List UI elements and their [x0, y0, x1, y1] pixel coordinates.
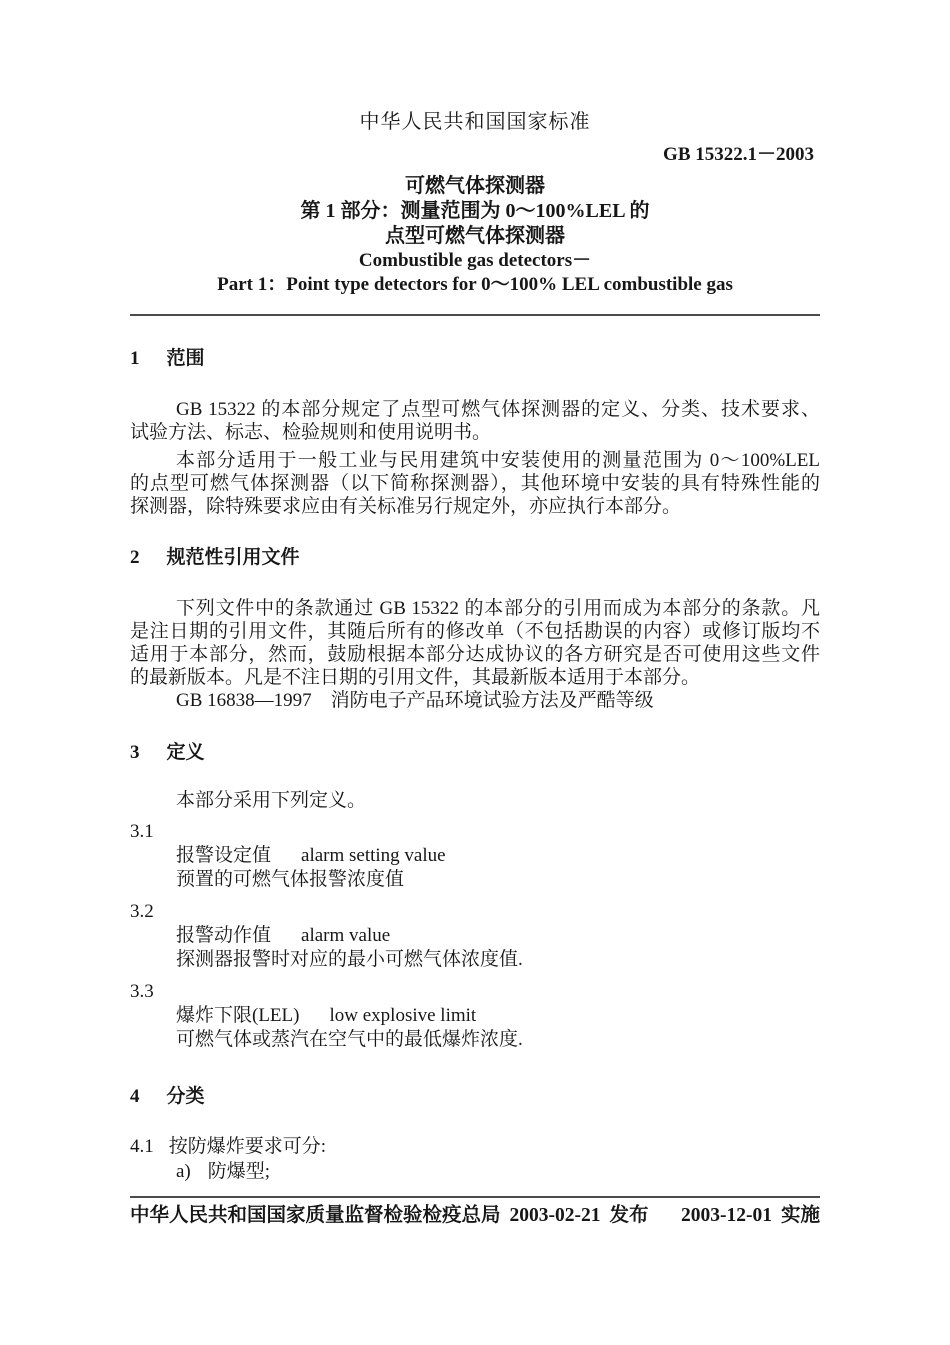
definition-number: 3.1 — [130, 820, 820, 844]
section-number: 4 — [130, 1086, 140, 1108]
term-cn: 爆炸下限(LEL) — [176, 1005, 299, 1026]
reference-entry: GB 16838—1997 消防电子产品环境试验方法及严酷等级 — [130, 689, 820, 712]
term-cn: 报警设定值 — [176, 845, 271, 866]
subsection-text: 按防爆炸要求可分: — [169, 1136, 326, 1157]
title-cn-line-1: 可燃气体探测器 — [130, 174, 820, 199]
footer-divider — [130, 1196, 820, 1198]
body-line: 探测器，除特殊要求应由有关标准另行规定外，亦应执行本部分。 — [130, 495, 820, 518]
definition-text: 探测器报警时对应的最小可燃气体浓度值. — [130, 948, 820, 972]
subsection-number: 4.1 — [130, 1135, 154, 1158]
term-en: alarm setting value — [301, 844, 446, 868]
section-title: 定义 — [167, 742, 205, 763]
list-item-marker: a) — [176, 1160, 191, 1183]
definition-number: 3.2 — [130, 900, 820, 924]
section-4-heading: 4分类 — [130, 1086, 820, 1108]
body-line: 是注日期的引用文件，其随后所有的修改单（不包括勘误的内容）或修订版均不 — [130, 620, 820, 643]
implement-date: 2003-12-01 — [681, 1204, 772, 1228]
footer-issue-group: 中华人民共和国国家质量监督检验检疫总局 2003-02-21 发布 — [130, 1204, 649, 1228]
body-line: 适用于本部分，然而，鼓励根据本部分达成协议的各方研究是否可使用这些文件 — [130, 643, 820, 666]
standard-number: GB 15322.1－2003 — [130, 144, 820, 165]
section-title: 分类 — [167, 1086, 205, 1107]
body-line: GB 15322 的本部分规定了点型可燃气体探测器的定义、分类、技术要求、 — [130, 398, 820, 421]
paragraph: GB 15322 的本部分规定了点型可燃气体探测器的定义、分类、技术要求、 试验… — [130, 398, 820, 444]
term-en: low explosive limit — [329, 1004, 476, 1028]
footer-implement-group: 2003-12-01 实施 — [681, 1204, 820, 1228]
definition-number: 3.3 — [130, 980, 820, 1004]
issue-date: 2003-02-21 — [510, 1204, 601, 1228]
list-item-text: 防爆型; — [208, 1161, 270, 1182]
term-cn: 报警动作值 — [176, 925, 271, 946]
definition-item: 3.3 爆炸下限(LEL)low explosive limit 可燃气体或蒸汽… — [130, 980, 820, 1052]
body-line: 试验方法、标志、检验规则和使用说明书。 — [130, 421, 820, 444]
footer-issuer: 中华人民共和国国家质量监督检验检疫总局 — [130, 1204, 501, 1228]
section-definitions: 3定义 本部分采用下列定义。 3.1 报警设定值alarm setting va… — [130, 742, 820, 1052]
section-title: 规范性引用文件 — [167, 547, 300, 568]
definition-item: 3.2 报警动作值alarm value 探测器报警时对应的最小可燃气体浓度值. — [130, 900, 820, 972]
body-line: 的点型可燃气体探测器（以下简称探测器），其他环境中安装的具有特殊性能的 — [130, 472, 820, 495]
paragraph: 下列文件中的条款通过 GB 15322 的本部分的引用而成为本部分的条款。凡 是… — [130, 597, 820, 712]
section-1-heading: 1范围 — [130, 348, 820, 370]
definition-term: 爆炸下限(LEL)low explosive limit — [130, 1004, 820, 1028]
definitions-intro: 本部分采用下列定义。 — [130, 789, 820, 812]
section-normative-references: 2规范性引用文件 下列文件中的条款通过 GB 15322 的本部分的引用而成为本… — [130, 547, 820, 712]
definition-term: 报警设定值alarm setting value — [130, 844, 820, 868]
standard-type-label: 中华人民共和国国家标准 — [130, 111, 820, 134]
document-page: 中华人民共和国国家标准 GB 15322.1－2003 可燃气体探测器 第 1 … — [130, 0, 820, 1228]
title-en-line-1: Combustible gas detectors－ — [130, 249, 820, 273]
definition-item: 3.1 报警设定值alarm setting value 预置的可燃气体报警浓度… — [130, 820, 820, 892]
definition-text: 预置的可燃气体报警浓度值 — [130, 868, 820, 892]
body-line: 下列文件中的条款通过 GB 15322 的本部分的引用而成为本部分的条款。凡 — [130, 597, 820, 620]
definition-term: 报警动作值alarm value — [130, 924, 820, 948]
section-2-heading: 2规范性引用文件 — [130, 547, 820, 569]
title-cn-line-2: 第 1 部分：测量范围为 0～100%LEL 的 — [130, 199, 820, 224]
section-number: 3 — [130, 742, 140, 764]
document-header: 中华人民共和国国家标准 GB 15322.1－2003 可燃气体探测器 第 1 … — [130, 111, 820, 297]
header-divider — [130, 314, 820, 316]
term-en: alarm value — [301, 924, 390, 948]
definition-text: 可燃气体或蒸汽在空气中的最低爆炸浓度. — [130, 1028, 820, 1052]
title-cn-line-3: 点型可燃气体探测器 — [130, 224, 820, 249]
section-classification: 4分类 4.1按防爆炸要求可分: a)防爆型; — [130, 1086, 820, 1183]
paragraph: 本部分适用于一般工业与民用建筑中安装使用的测量范围为 0～100%LEL 的点型… — [130, 449, 820, 518]
title-en-line-2: Part 1：Point type detectors for 0～100% L… — [130, 273, 820, 297]
implement-label: 实施 — [781, 1204, 820, 1228]
body-line: 本部分适用于一般工业与民用建筑中安装使用的测量范围为 0～100%LEL — [130, 449, 820, 472]
list-item: a)防爆型; — [130, 1160, 820, 1183]
issue-label: 发布 — [610, 1204, 649, 1228]
section-number: 2 — [130, 547, 140, 569]
body-line: 的最新版本。凡是不注日期的引用文件，其最新版本适用于本部分。 — [130, 666, 820, 689]
section-title: 范围 — [167, 348, 205, 369]
section-number: 1 — [130, 348, 140, 370]
section-3-heading: 3定义 — [130, 742, 820, 764]
document-footer: 中华人民共和国国家质量监督检验检疫总局 2003-02-21 发布 2003-1… — [130, 1204, 820, 1228]
subsection-heading: 4.1按防爆炸要求可分: — [130, 1135, 820, 1158]
section-scope: 1范围 GB 15322 的本部分规定了点型可燃气体探测器的定义、分类、技术要求… — [130, 348, 820, 518]
